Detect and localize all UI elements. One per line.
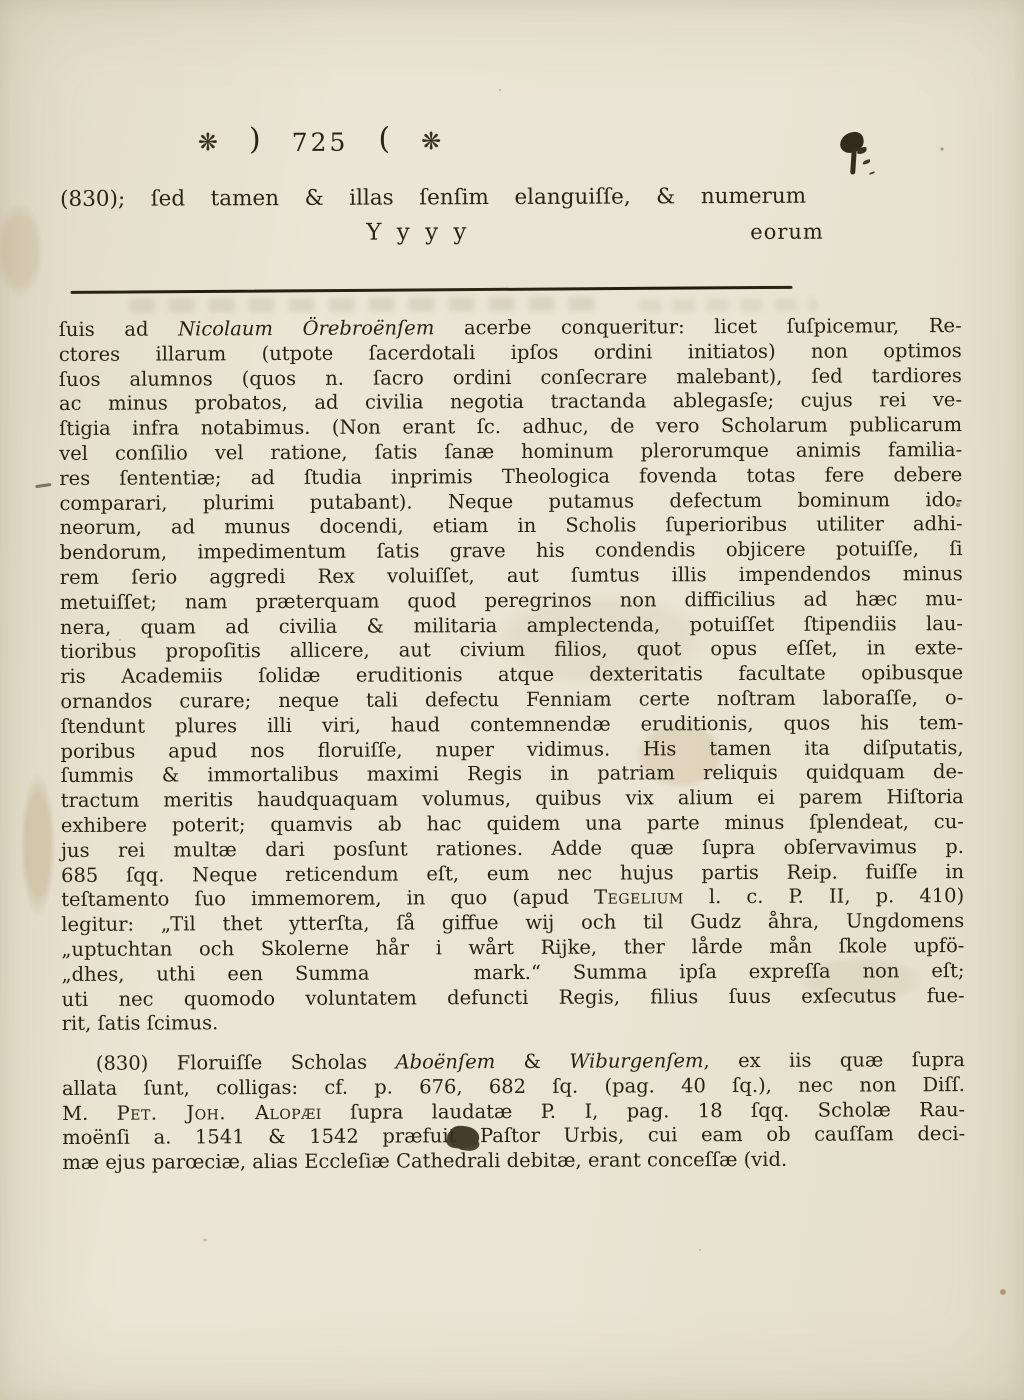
text-line: mæ ejus parœciæ, alias Eccleſiæ Cathedra… [62,1147,965,1176]
text-segment: acerbe conqueritur: licet ſuſpicemur, Re… [434,314,961,339]
text-line: rit, ſatis ſcimus. [62,1008,965,1037]
ink-blot-tail [850,148,857,174]
text-line: metuiſſet; nam præterquam quod peregrino… [60,587,963,616]
text-segment: ſupra laudatæ P. I, pag. 18 ſqq. Scholæ … [322,1098,965,1124]
text-line: „dhes, uthi een Summamark.“ Summa ipſa e… [61,959,964,988]
printer-ornament-icon: ❋ [421,129,442,153]
text-line: moënſi a. 1541 & 1542 præfuit Paſtor Urb… [62,1122,965,1151]
text-segment: (830) Floruiſſe Scholas [96,1051,396,1075]
footnote-separator-line [71,286,793,294]
book-page-scan: ❋ ) 725 ( ❋ (830); ſed tamen & illas ſen… [0,0,1024,1400]
text-segment: „dhes, uthi een Summa [61,961,369,985]
italic-name: Nicolaum Örebroënſem [178,316,434,340]
text-line: tractum meritis haudquaquam volumus, qui… [61,785,964,814]
text-segment: & [495,1050,569,1073]
text-line: exhibere poterit; quamvis ab hac quidem … [61,810,964,839]
italic-name: Aboënſem [396,1050,496,1073]
footnote-continuation-block: ſuis ad Nicolaum Örebroënſem acerbe conq… [59,314,965,1037]
catchword: eorum [750,220,824,244]
text-segment: teſtamento ſuo immemorem, in quo (apud [61,886,594,911]
text-line: ſtendunt plures illi viri, haud contemne… [60,711,963,740]
text-segment: M. [62,1101,117,1124]
text-line: vel conſilio vel ratione, ſatis ſanæ hom… [59,438,962,467]
left-paren: ) [249,125,262,155]
text-line: rem ſerio aggredi Rex voluiſſet, aut ſum… [60,562,963,591]
running-head: ❋ ) 725 ( ❋ [198,126,443,157]
italic-name: Wiburgenſem [569,1049,703,1073]
text-line: uti nec quomodo voluntatem defuncti Regi… [62,984,965,1013]
text-line: ornandos curare; neque tali defectu Fenn… [60,686,963,715]
text-segment: , ex iis quæ ſupra [703,1048,964,1072]
right-paren: ( [378,125,391,155]
text-line: res ſententiæ; ad ſtudia inprimis Theolo… [59,463,962,492]
marginal-pen-mark [35,483,51,488]
text-segment: ſuis ad [59,317,178,341]
show-through-ghost-text [639,299,819,312]
text-line: ctores illarum (utpote ſacerdotali ipſos… [59,339,962,368]
handwritten-ink-mark [838,130,878,225]
small-caps-name: Pet. Joh. Alopæi [117,1100,322,1124]
page-content: ❋ ) 725 ( ❋ (830); ſed tamen & illas ſen… [0,0,1024,1400]
footnote-830-block: (830) Floruiſſe Scholas Aboënſem & Wibur… [62,1048,966,1176]
printer-ornament-icon: ❋ [198,130,219,154]
text-line: legitur: „Til thet ytterſta, ſå giffue w… [61,909,964,938]
text-line: ſuis ad Nicolaum Örebroënſem acerbe conq… [59,314,962,343]
show-through-ghost-text [129,297,599,313]
page-number: 725 [292,127,349,156]
text-line: jus rei multæ dari posſunt rationes. Add… [61,835,964,864]
blank-sum-space [370,978,474,979]
signature-mark: Y y y y [366,219,470,245]
text-segment: l. c. P. II, p. 410) [684,884,965,908]
text-line: (830) Floruiſſe Scholas Aboënſem & Wibur… [62,1048,965,1077]
main-text-last-line: (830); ſed tamen & illas ſenſim elanguiſ… [60,184,806,213]
text-segment: mark.“ Summa ipſa expreſſa non eſt; [473,959,964,984]
small-caps-name: Tegelium [594,886,684,909]
